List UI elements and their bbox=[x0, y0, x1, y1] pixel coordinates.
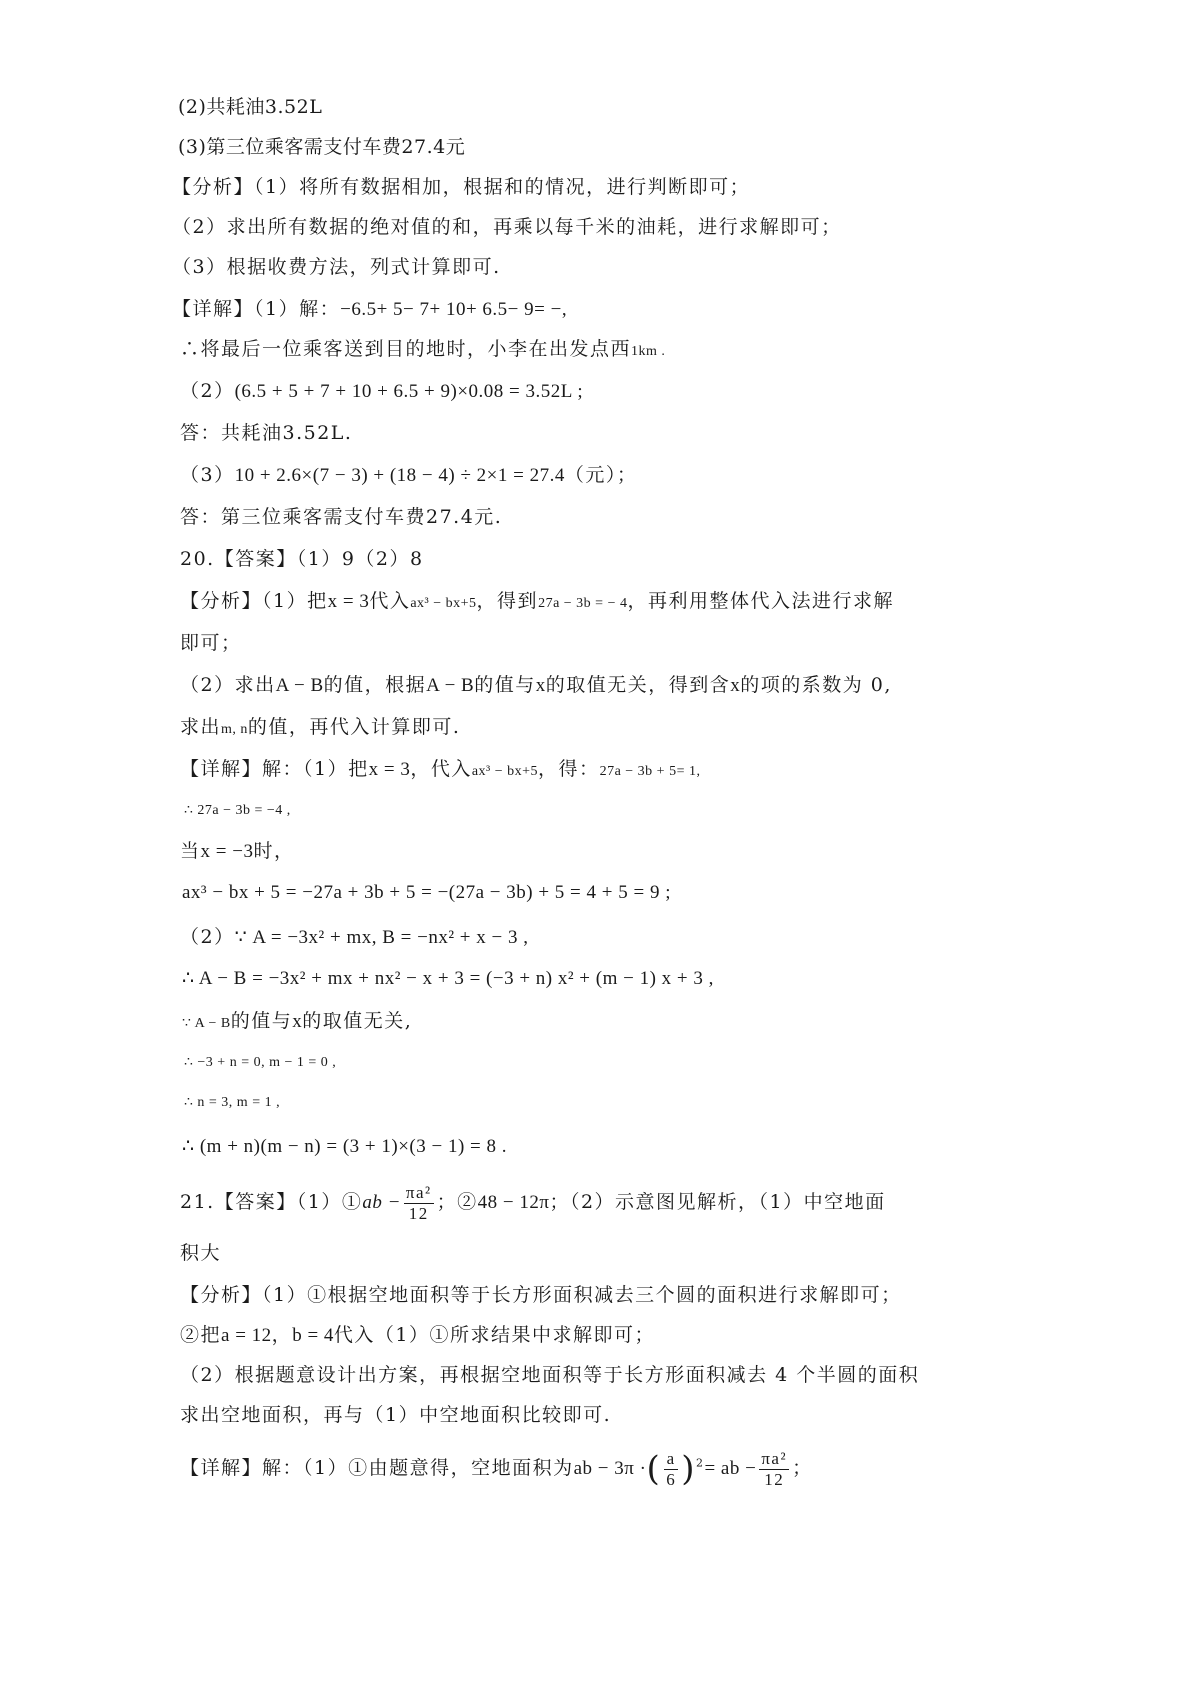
analysis-label: 【分析】 bbox=[180, 590, 262, 612]
q20-analysis-2-cont: 求出m, n的值，再代入计算即可. bbox=[180, 714, 460, 743]
math-expression: −6.5+ 5− 7+ 10+ 6.5− 9= −, bbox=[340, 299, 567, 320]
q19-detail-2-answer: 答：共耗油3.52L. bbox=[180, 420, 352, 446]
q19-detail-3: （3）10 + 2.6×(7 − 3) + (18 − 4) ÷ 2×1 = 2… bbox=[180, 462, 637, 489]
q21-detail-1: 【详解】解：（1）①由题意得，空地面积为ab − 3π ·(a6)2= ab −… bbox=[180, 1440, 813, 1497]
q20-step-5: ∴ A − B = −3x² + mx + nx² − x + 3 = (−3 … bbox=[182, 966, 714, 992]
q19-analysis-1: 【分析】（1）将所有数据相加，根据和的情况，进行判断即可； bbox=[172, 174, 750, 200]
math-expression: (6.5 + 5 + 7 + 10 + 6.5 + 9)×0.08 = 3.52… bbox=[235, 381, 584, 402]
left-paren: ( bbox=[646, 1449, 661, 1489]
document-page: (2)共耗油3.52L (3)第三位乘客需支付车费27.4元 【分析】（1）将所… bbox=[0, 0, 1200, 1699]
analysis-label: 【分析】 bbox=[180, 1284, 262, 1306]
q20-step-7: ∴ −3 + n = 0, m − 1 = 0 , bbox=[184, 1050, 336, 1076]
q20-analysis-2: （2）求出A − B的值，根据A − B的值与x的取值无关，得到含x的项的系数为… bbox=[180, 672, 892, 699]
q20-step-4: （2）∵ A = −3x² + mx, B = −nx² + x − 3 , bbox=[180, 924, 528, 951]
q19-answer-3: (3)第三位乘客需支付车费27.4元 bbox=[178, 134, 465, 160]
math-expression: 10 + 2.6×(7 − 3) + (18 − 4) ÷ 2×1 = 27.4 bbox=[235, 465, 565, 486]
q19-analysis-2: （2）求出所有数据的绝对值的和，再乘以每千米的油耗，进行求解即可； bbox=[172, 214, 842, 240]
q20-analysis-1: 【分析】（1）把x = 3代入ax³ − bx+5，得到27a − 3b = −… bbox=[180, 588, 894, 617]
q20-step-1: ∴ 27a − 3b = −4 , bbox=[184, 798, 291, 824]
q20-step-8: ∴ n = 3, m = 1 , bbox=[184, 1090, 280, 1116]
right-paren: ) bbox=[681, 1449, 696, 1489]
q21-answer: 21.【答案】（1）①ab −πa²12；②48 − 12π；（2）示意图见解析… bbox=[180, 1180, 886, 1225]
q19-detail-1: 【详解】（1）解：−6.5+ 5− 7+ 10+ 6.5− 9= −, bbox=[172, 296, 567, 323]
q20-step-9: ∴ (m + n)(m − n) = (3 + 1)×(3 − 1) = 8 . bbox=[182, 1134, 507, 1160]
q20-analysis-1-cont: 即可； bbox=[180, 630, 242, 656]
analysis-label: 【分析】 bbox=[172, 176, 254, 198]
answer-label: 【答案】 bbox=[215, 1191, 297, 1213]
q21-analysis-1: 【分析】（1）①根据空地面积等于长方形面积减去三个圆的面积进行求解即可； bbox=[180, 1282, 902, 1308]
question-number: 21. bbox=[180, 1191, 215, 1213]
q20-step-3: ax³ − bx + 5 = −27a + 3b + 5 = −(27a − 3… bbox=[182, 880, 671, 906]
q19-detail-2: （2）(6.5 + 5 + 7 + 10 + 6.5 + 9)×0.08 = 3… bbox=[180, 378, 583, 405]
answer-label: 【答案】 bbox=[215, 548, 297, 570]
detail-label: 【详解】 bbox=[180, 1457, 262, 1479]
fraction: πa²12 bbox=[404, 1183, 434, 1224]
q20-answer: 20.【答案】（1）9（2）8 bbox=[180, 546, 424, 572]
detail-label: 【详解】 bbox=[180, 758, 262, 780]
q20-detail-1: 【详解】解：（1）把x = 3，代入ax³ − bx+5，得：27a − 3b … bbox=[180, 756, 700, 785]
q21-analysis-3: （2）根据题意设计出方案，再根据空地面积等于长方形面积减去 4 个半圆的面积 bbox=[180, 1362, 919, 1388]
q21-answer-cont: 积大 bbox=[180, 1240, 221, 1266]
q19-analysis-3: （3）根据收费方法，列式计算即可. bbox=[172, 254, 501, 280]
question-number: 20. bbox=[180, 548, 215, 570]
q21-analysis-4: 求出空地面积，再与（1）中空地面积比较即可. bbox=[180, 1402, 611, 1428]
detail-label: 【详解】 bbox=[172, 298, 254, 320]
q19-detail-3-answer: 答：第三位乘客需支付车费27.4元. bbox=[180, 504, 502, 530]
q19-detail-1-conclusion: ∴将最后一位乘客送到目的地时，小李在出发点西1km . bbox=[180, 336, 665, 365]
q20-step-6: ∵ A − B的值与x的取值无关, bbox=[182, 1008, 412, 1037]
q21-analysis-2: ②把a = 12，b = 4代入（1）①所求结果中求解即可； bbox=[180, 1322, 655, 1349]
fraction: a6 bbox=[664, 1449, 678, 1490]
q20-step-2: 当x = −3时， bbox=[180, 838, 294, 865]
q19-answer-2: (2)共耗油3.52L bbox=[178, 94, 322, 120]
fraction: πa²12 bbox=[759, 1449, 789, 1490]
